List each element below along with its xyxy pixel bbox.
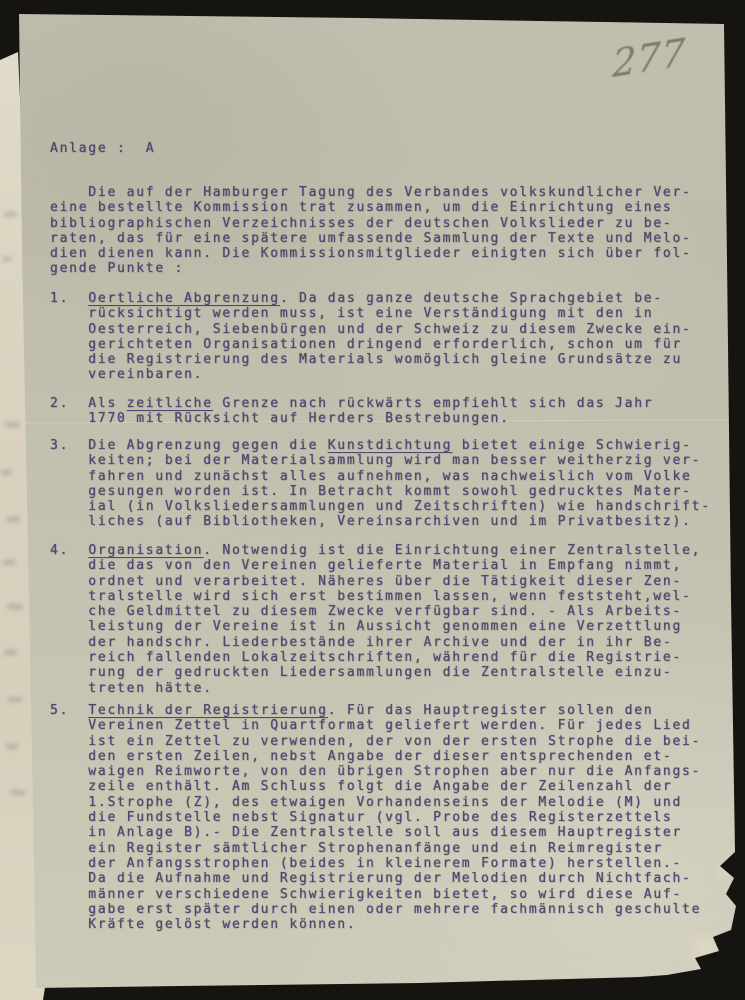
list-item-3: 3. Die Abgrenzung gegen die Kunstdichtun… — [50, 438, 711, 530]
list-item-2: 2. Als zeitliche Grenze nach rückwärts e… — [50, 396, 653, 427]
bleed-through-mark — [4, 650, 17, 655]
bleed-through-mark — [4, 211, 17, 217]
bleed-through-mark — [10, 789, 25, 795]
bleed-through-mark — [5, 421, 20, 427]
attachment-label: Anlage : A — [50, 141, 155, 156]
document-page: 277 Anlage : A Die auf der Hamburger Tag… — [0, 0, 745, 1000]
list-item-4: 4. Organisation. Notwendig ist die Einri… — [50, 543, 701, 696]
bleed-through-mark — [8, 697, 22, 703]
bleed-through-mark — [6, 744, 18, 749]
scanned-document: 277 Anlage : A Die auf der Hamburger Tag… — [0, 0, 745, 1000]
list-item-5: 5. Technik der Registrierung. Für das Ha… — [50, 703, 701, 932]
bleed-through-mark — [2, 257, 12, 261]
bleed-through-mark — [6, 516, 20, 522]
bleed-through-mark — [7, 603, 23, 610]
list-item-1: 1. Oertliche Abgrenzung. Da das ganze de… — [50, 291, 692, 383]
bleed-through-mark — [1, 470, 12, 475]
bleed-through-mark — [3, 560, 15, 565]
intro-paragraph: Die auf der Hamburger Tagung des Verband… — [50, 185, 692, 277]
